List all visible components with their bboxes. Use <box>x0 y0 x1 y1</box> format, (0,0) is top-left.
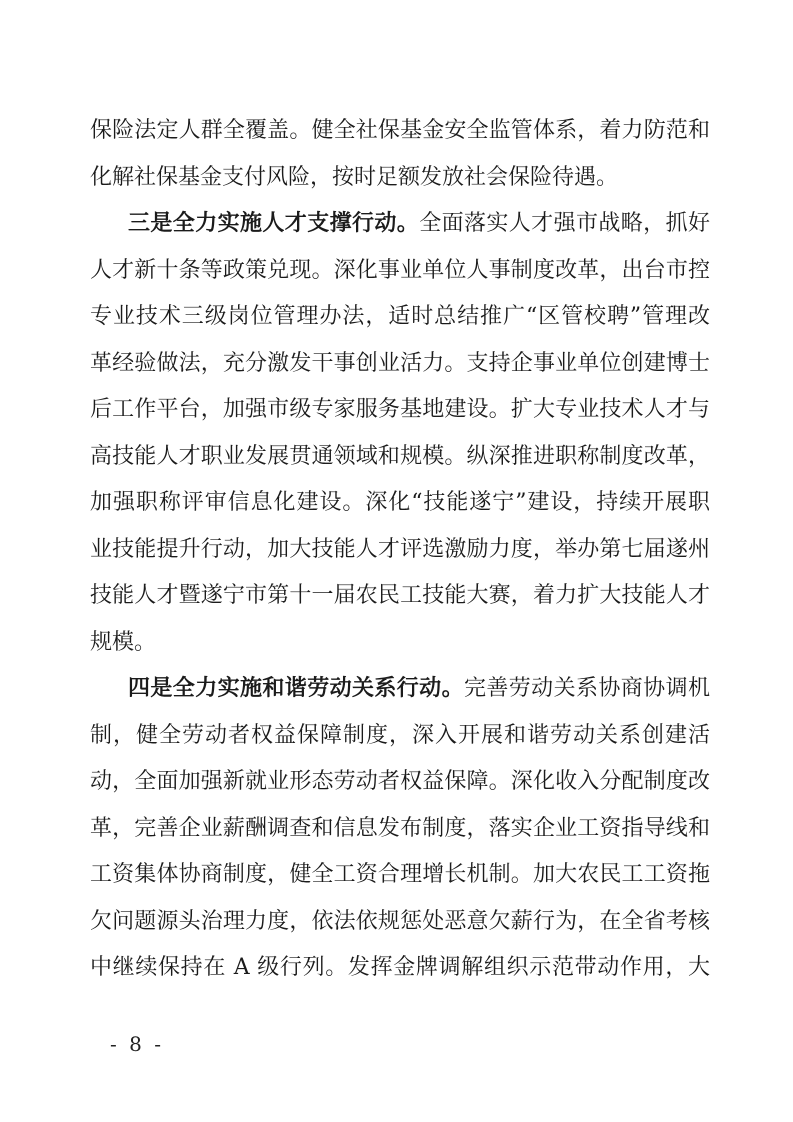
text-line: 化解社保基金支付风险，按时足额发放社会保险待遇。 <box>90 155 710 202</box>
text-segment: 保险法定人群全覆盖。健全社保基金安全监管体系，着力防范和 <box>90 118 710 143</box>
text-segment: 规模。 <box>90 630 156 655</box>
text-segment: 专业技术三级岗位管理办法，适时总结推广“区管校聘”管理改 <box>90 304 710 329</box>
text-line: 制，健全劳动者权益保障制度，深入开展和谐劳动关系创建活 <box>90 713 710 760</box>
text-segment: 加强职称评审信息化建设。深化“技能遂宁”建设，持续开展职 <box>90 490 710 515</box>
text-segment: 技能人才暨遂宁市第十一届农民工技能大赛，着力扩大技能人才 <box>90 583 710 608</box>
text-segment: 人才新十条等政策兑现。深化事业单位人事制度改革，出台市控 <box>90 258 710 283</box>
text-line: 专业技术三级岗位管理办法，适时总结推广“区管校聘”管理改 <box>90 294 710 341</box>
text-segment: 全面落实人才强市战略，抓好 <box>419 211 710 236</box>
text-segment: 高技能人才职业发展贯通领域和规模。纵深推进职称制度改革， <box>90 444 710 469</box>
text-segment: 革经验做法，充分激发干事创业活力。支持企事业单位创建博士 <box>90 351 710 376</box>
text-segment: 后工作平台，加强市级专家服务基地建设。扩大专业技术人才与 <box>90 397 710 422</box>
text-line: 规模。 <box>90 620 710 667</box>
text-line: 工资集体协商制度，健全工资合理增长机制。加大农民工工资拖 <box>90 852 710 899</box>
document-body: 保险法定人群全覆盖。健全社保基金安全监管体系，着力防范和化解社保基金支付风险，按… <box>90 108 710 992</box>
text-line: 保险法定人群全覆盖。健全社保基金安全监管体系，着力防范和 <box>90 108 710 155</box>
text-segment: 完善劳动关系协商协调机 <box>464 676 710 701</box>
text-line: 加强职称评审信息化建设。深化“技能遂宁”建设，持续开展职 <box>90 480 710 527</box>
text-line: 动，全面加强新就业形态劳动者权益保障。深化收入分配制度改 <box>90 759 710 806</box>
text-segment: 革，完善企业薪酬调查和信息发布制度，落实企业工资指导线和 <box>90 816 710 841</box>
text-segment: 中继续保持在 A 级行列。发挥金牌调解组织示范带动作用，大力 <box>90 955 710 992</box>
text-segment: 业技能提升行动，加大技能人才评选激励力度，举办第七届遂州 <box>90 537 710 562</box>
text-line: 四是全力实施和谐劳动关系行动。完善劳动关系协商协调机 <box>90 666 710 713</box>
text-segment: 欠问题源头治理力度，依法依规惩处恶意欠薪行为，在全省考核 <box>90 909 710 934</box>
paragraph-heading: 三是全力实施人才支撑行动。 <box>128 211 419 236</box>
paragraph-heading: 四是全力实施和谐劳动关系行动。 <box>128 676 464 701</box>
text-line: 三是全力实施人才支撑行动。全面落实人才强市战略，抓好 <box>90 201 710 248</box>
text-line: 中继续保持在 A 级行列。发挥金牌调解组织示范带动作用，大力 <box>90 945 710 992</box>
text-line: 高技能人才职业发展贯通领域和规模。纵深推进职称制度改革， <box>90 434 710 481</box>
document-page: 保险法定人群全覆盖。健全社保基金安全监管体系，着力防范和化解社保基金支付风险，按… <box>0 0 793 1122</box>
text-segment: 制，健全劳动者权益保障制度，深入开展和谐劳动关系创建活 <box>90 723 710 748</box>
text-line: 业技能提升行动，加大技能人才评选激励力度，举办第七届遂州 <box>90 527 710 574</box>
text-segment: 工资集体协商制度，健全工资合理增长机制。加大农民工工资拖 <box>90 862 710 887</box>
text-line: 欠问题源头治理力度，依法依规惩处恶意欠薪行为，在全省考核 <box>90 899 710 946</box>
text-segment: 动，全面加强新就业形态劳动者权益保障。深化收入分配制度改 <box>90 769 710 794</box>
text-line: 革，完善企业薪酬调查和信息发布制度，落实企业工资指导线和 <box>90 806 710 853</box>
text-segment: 化解社保基金支付风险，按时足额发放社会保险待遇。 <box>90 165 618 190</box>
page-number: - 8 - <box>110 1030 164 1058</box>
text-line: 技能人才暨遂宁市第十一届农民工技能大赛，着力扩大技能人才 <box>90 573 710 620</box>
text-line: 人才新十条等政策兑现。深化事业单位人事制度改革，出台市控 <box>90 248 710 295</box>
text-line: 后工作平台，加强市级专家服务基地建设。扩大专业技术人才与 <box>90 387 710 434</box>
text-line: 革经验做法，充分激发干事创业活力。支持企事业单位创建博士 <box>90 341 710 388</box>
